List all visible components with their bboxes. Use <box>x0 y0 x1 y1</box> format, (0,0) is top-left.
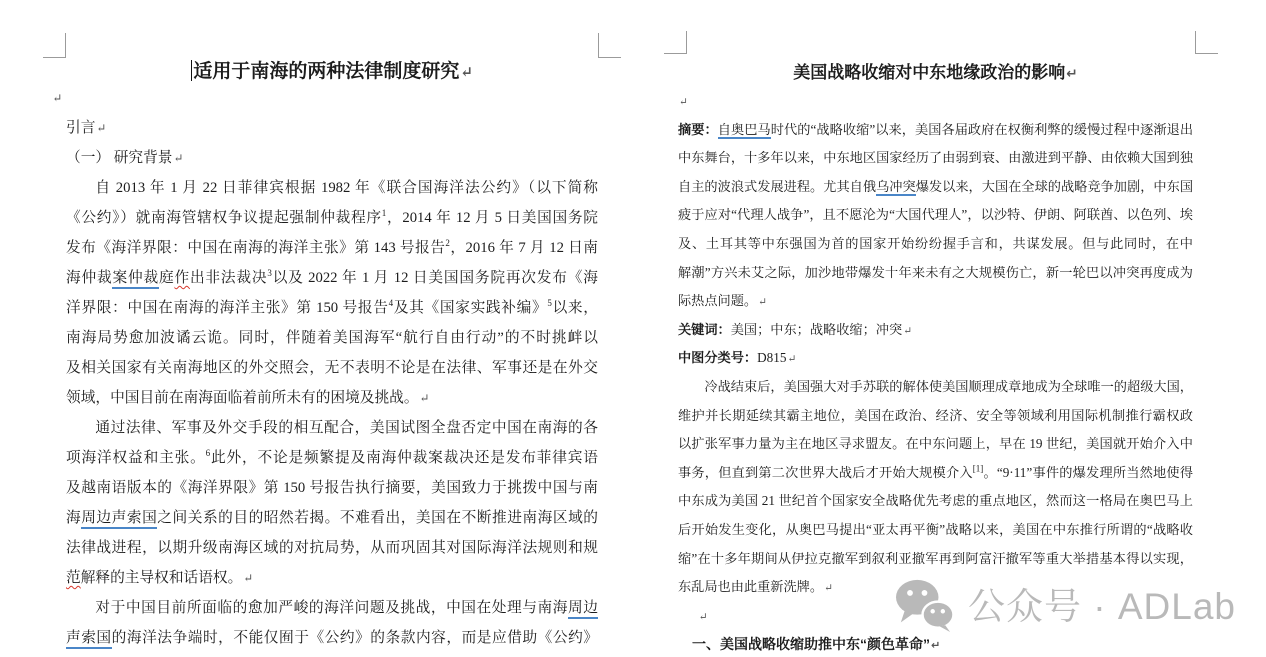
pilcrow-mark: ↵ <box>243 572 253 585</box>
text-run: 中东成为美国 21 世纪首个国家安全战略优先考虑的重点地区，然而这一格局在奥巴马… <box>678 493 1193 516</box>
text-run: 海 <box>66 510 81 526</box>
doc-line: 解潮”方兴未艾之际，加沙地带爆发十年来未有之大规模伤亡，新一轮巴以冲突再度成为国 <box>678 259 1193 288</box>
text-run: 自 2013 年 1 月 22 日菲律宾根据 1982 年《联合国海洋法公约》（… <box>95 180 598 196</box>
wechat-icon <box>893 577 955 638</box>
text-run: 发布《海洋界限：中国在南海的海洋主张》第 143 号报告 <box>66 240 445 256</box>
spellcheck-underlined-text: 范 <box>66 570 81 586</box>
grammar-underlined-text: 周边声索国 <box>81 510 157 529</box>
text-run: 东乱局也由此重新洗牌。 <box>678 579 823 594</box>
text-run: 际热点问题。 <box>678 293 757 308</box>
doc-line: 疲于应对“代理人战争”，且不愿沦为“大国代理人”，以沙特、伊朗、阿联酋、以色列、… <box>678 201 1193 230</box>
pilcrow-mark: ↵ <box>824 583 833 594</box>
watermark-text: 公众号 · ADLab <box>968 578 1236 636</box>
doc-line: 海仲裁案仲裁庭作出非法裁决3以及 2022 年 1 月 12 日美国国务院再次发… <box>66 263 598 293</box>
pilcrow-mark: ↵ <box>931 640 940 652</box>
text-run: 及、土耳其等中东强国为首的国家开始纷纷握手言和，共谋发展。但与此同时，在中东“和 <box>678 236 1193 259</box>
doc-line: 中图分类号：D815↵ <box>678 344 1193 373</box>
text-run: 美国；中东；战略收缩；冲突 <box>731 322 902 337</box>
spellcheck-underlined-text: 作 <box>174 270 190 286</box>
text-run: 事务，但直到第二次世界大战后才开始大规模介入 <box>678 465 973 480</box>
doc-line: 际热点问题。↵ <box>678 287 1193 316</box>
pilcrow-mark: ↵ <box>699 612 708 623</box>
doc-line: 自主的波浪式发展进程。尤其自俄乌冲突爆发以来，大国在全球的战略竞争加剧，中东国家 <box>678 173 1193 202</box>
doc-line: 中东舞台，十多年以来，中东地区国家经历了由弱到衰、由激进到平静、由依赖大国到独立 <box>678 144 1193 173</box>
text-run: 维护并长期延续其霸主地位，美国在政治、经济、安全等领域利用国际机制推行霸权政策， <box>678 408 1193 431</box>
text-run: 法律战进程，以期升级南海区域的对抗局势，从而巩固其对国际海洋法规则和规 <box>66 540 598 556</box>
text-run: 解潮”方兴未艾之际，加沙地带爆发十年来未有之大规模伤亡，新一轮巴以冲突再度成为国 <box>678 265 1193 288</box>
grammar-underlined-text: 自奥巴马 <box>718 122 771 140</box>
text-run: 疲于应对“代理人战争”，且不愿沦为“大国代理人”，以沙特、伊朗、阿联酋、以色列、… <box>678 207 1193 222</box>
bold-text-run: 一、美国战略收缩助推中东“颜色革命” <box>692 636 930 652</box>
doc-line: 摘要：自奥巴马时代的“战略收缩”以来，美国各届政府在权衡利弊的缓慢过程中逐渐退出 <box>678 116 1193 145</box>
text-run: 。“9·11”事件的爆发理所当然地使得 <box>983 465 1193 480</box>
text-run: 引言 <box>66 120 95 136</box>
pilcrow-mark: ↵ <box>174 152 184 165</box>
grammar-underlined-text: 声索国 <box>66 630 112 649</box>
doc-line: 缩”在十多年期间从伊拉克撤军到叙利亚撤军再到阿富汗撤军等重大举措基本得以实现，中 <box>678 545 1193 574</box>
text-run: 海仲裁 <box>66 270 112 286</box>
doc-line: 范解释的主导权和话语权。↵ <box>66 563 598 593</box>
text-run: 及越南语版本的《海洋界限》第 150 号报告执行摘要，美国致力于挑拨中国与南 <box>66 480 598 496</box>
doc-line: 法律战进程，以期升级南海区域的对抗局势，从而巩固其对国际海洋法规则和规 <box>66 533 598 563</box>
pilcrow-mark: ↵ <box>1066 66 1077 81</box>
doc-line: ↵ <box>678 87 1193 116</box>
doc-line: 《公约》）就南海管辖权争议提起强制仲裁程序1，2014 年 12 月 5 日美国… <box>66 203 598 233</box>
pilcrow-mark: ↵ <box>758 297 767 308</box>
text-run: 解释的主导权和话语权。 <box>81 570 243 586</box>
text-run: 《公约》）就南海管辖权争议提起强制仲裁程序 <box>66 210 382 226</box>
doc-line: 维护并长期延续其霸主地位，美国在政治、经济、安全等领域利用国际机制推行霸权政策， <box>678 402 1193 431</box>
doc-line: 及相关国家有关南海地区的外交照会，无不表明不论是在法律、军事还是在外交 <box>66 353 598 383</box>
text-run: 及其《国家实践补编》 <box>393 300 547 316</box>
bold-text-run: 中图分类号： <box>678 350 757 365</box>
text-run: 以及 2022 年 1 月 12 日美国国务院再次发布《海 <box>272 270 598 286</box>
doc-line: 项海洋权益和主张。6此外，不论是频繁提及南海仲裁案裁决还是发布菲律宾语 <box>66 443 598 473</box>
doc-line: 海周边声索国之间关系的目的昭然若揭。不难看出，美国在不断推进南海区域的 <box>66 503 598 533</box>
grammar-underlined-text: 案仲裁 <box>112 270 158 289</box>
text-run: 缩”在十多年期间从伊拉克撤军到叙利亚撤军再到阿富汗撤军等重大举措基本得以实现，中 <box>678 551 1193 574</box>
right-doc-body[interactable]: ↵摘要：自奥巴马时代的“战略收缩”以来，美国各届政府在权衡利弊的缓慢过程中逐渐退… <box>678 87 1193 657</box>
doc-line: 自 2013 年 1 月 22 日菲律宾根据 1982 年《联合国海洋法公约》（… <box>95 173 598 203</box>
right-doc-title-text: 美国战略收缩对中东地缘政治的影响 <box>793 63 1065 82</box>
text-run: 中东舞台，十多年以来，中东地区国家经历了由弱到衰、由激进到平静、由依赖大国到独立 <box>678 150 1193 173</box>
margin-crop-mark-right-page-top-left <box>664 31 687 54</box>
doc-line: 引言↵ <box>66 113 598 143</box>
text-run: 以来， <box>552 300 598 316</box>
doc-line: （一） 研究背景↵ <box>66 143 598 173</box>
text-run: 领域，中国目前在南海面临着前所未有的困境及挑战。 <box>66 390 419 406</box>
left-doc-title-text: 适用于南海的两种法律制度研究 <box>193 61 459 82</box>
text-run: ，2016 年 7 月 12 日南 <box>450 240 598 256</box>
text-run: 洋界限：中国在南海的海洋主张》第 150 号报告 <box>66 300 389 316</box>
doc-line: 洋界限：中国在南海的海洋主张》第 150 号报告4及其《国家实践补编》5以来， <box>66 293 598 323</box>
text-run: 后开始发生变化，从奥巴马提出“亚太再平衡”战略以来，美国在中东推行所谓的“战略收 <box>678 522 1193 537</box>
doc-line: 关键词：美国；中东；战略收缩；冲突↵ <box>678 316 1193 345</box>
pilcrow-mark: ↵ <box>96 122 106 135</box>
doc-line: 冷战结束后，美国强大对手苏联的解体使美国顺理成章地成为全球唯一的超级大国，为 <box>704 373 1193 402</box>
bold-text-run: 关键词： <box>678 322 731 337</box>
doc-line: 声索国的海洋法争端时，不能仅囿于《公约》的条款内容，而是应借助《公约》 <box>66 623 598 653</box>
text-run: 时代的“战略收缩”以来，美国各届政府在权衡利弊的缓慢过程中逐渐退出 <box>771 122 1193 137</box>
text-run: 此外，不论是频繁提及南海仲裁案裁决还是发布菲律宾语 <box>210 450 598 466</box>
text-run: 自主的波浪式发展进程。尤其自俄 <box>678 179 876 194</box>
pilcrow-mark: ↵ <box>679 97 688 108</box>
text-run: 及相关国家有关南海地区的外交照会，无不表明不论是在法律、军事还是在外交 <box>66 360 598 376</box>
text-run: 项海洋权益和主张。 <box>66 450 206 466</box>
pilcrow-mark: ↵ <box>420 392 430 405</box>
margin-crop-mark-left-page-top-right <box>598 33 621 58</box>
text-run: 的海洋法争端时，不能仅囿于《公约》的条款内容，而是应借助《公约》 <box>112 630 598 646</box>
text-run: 出非法裁决 <box>190 270 267 286</box>
grammar-underlined-text: 乌冲突 <box>876 179 916 197</box>
doc-line: 及越南语版本的《海洋界限》第 150 号报告执行摘要，美国致力于挑拨中国与南 <box>66 473 598 503</box>
doc-line: ↵ <box>51 83 598 113</box>
left-doc-body[interactable]: ↵引言↵（一） 研究背景↵自 2013 年 1 月 22 日菲律宾根据 1982… <box>66 83 598 653</box>
text-run: D815 <box>757 350 786 365</box>
text-run: ，2014 年 12 月 5 日美国国务院 <box>386 210 598 226</box>
doc-line: 对于中国目前所面临的愈加严峻的海洋问题及挑战，中国在处理与南海周边 <box>95 593 598 623</box>
text-run: （一） 研究背景 <box>66 150 173 166</box>
margin-crop-mark-left-page-top-left <box>43 33 66 58</box>
doc-line: 及、土耳其等中东强国为首的国家开始纷纷握手言和，共谋发展。但与此同时，在中东“和 <box>678 230 1193 259</box>
doc-line: 以扩张军事力量为主在地区寻求盟友。在中东问题上，早在 19 世纪，美国就开始介入… <box>678 430 1193 459</box>
doc-line: 后开始发生变化，从奥巴马提出“亚太再平衡”战略以来，美国在中东推行所谓的“战略收 <box>678 516 1193 545</box>
text-run: 冷战结束后，美国强大对手苏联的解体使美国顺理成章地成为全球唯一的超级大国，为 <box>704 379 1193 402</box>
right-doc-title: 美国战略收缩对中东地缘政治的影响↵ <box>678 58 1193 88</box>
doc-line: 发布《海洋界限：中国在南海的海洋主张》第 143 号报告2，2016 年 7 月… <box>66 233 598 263</box>
text-run: 南海局势愈加波谲云诡。同时，伴随着美国海军“航行自由行动”的不时挑衅以 <box>66 330 598 346</box>
footnote-ref: [1] <box>973 463 984 473</box>
bold-text-run: 摘要： <box>678 122 718 137</box>
text-run: 之间关系的目的昭然若揭。不难看出，美国在不断推进南海区域的 <box>157 510 598 526</box>
pilcrow-mark: ↵ <box>460 64 473 81</box>
doc-line: 事务，但直到第二次世界大战后才开始大规模介入[1]。“9·11”事件的爆发理所当… <box>678 459 1193 488</box>
grammar-underlined-text: 周边 <box>568 600 598 619</box>
pilcrow-mark: ↵ <box>52 92 62 105</box>
text-run: 以扩张军事力量为主在地区寻求盟友。在中东问题上，早在 19 世纪，美国就开始介入… <box>678 436 1193 459</box>
text-run: 对于中国目前所面临的愈加严峻的海洋问题及挑战，中国在处理与南海 <box>95 600 568 616</box>
document-view: 适用于南海的两种法律制度研究↵ ↵引言↵（一） 研究背景↵自 2013 年 1 … <box>0 0 1266 657</box>
margin-crop-mark-right-page-top-right <box>1195 31 1218 54</box>
text-run: 庭 <box>159 270 175 286</box>
watermark: 公众号 · ADLab <box>893 578 1236 636</box>
text-run: 通过法律、军事及外交手段的相互配合，美国试图全盘否定中国在南海的各 <box>95 420 598 436</box>
doc-line: 南海局势愈加波谲云诡。同时，伴随着美国海军“航行自由行动”的不时挑衅以 <box>66 323 598 353</box>
doc-line: 领域，中国目前在南海面临着前所未有的困境及挑战。↵ <box>66 383 598 413</box>
doc-line: 中东成为美国 21 世纪首个国家安全战略优先考虑的重点地区，然而这一格局在奥巴马… <box>678 487 1193 516</box>
pilcrow-mark: ↵ <box>787 354 796 365</box>
pilcrow-mark: ↵ <box>903 326 912 337</box>
doc-line: 通过法律、军事及外交手段的相互配合，美国试图全盘否定中国在南海的各 <box>95 413 598 443</box>
